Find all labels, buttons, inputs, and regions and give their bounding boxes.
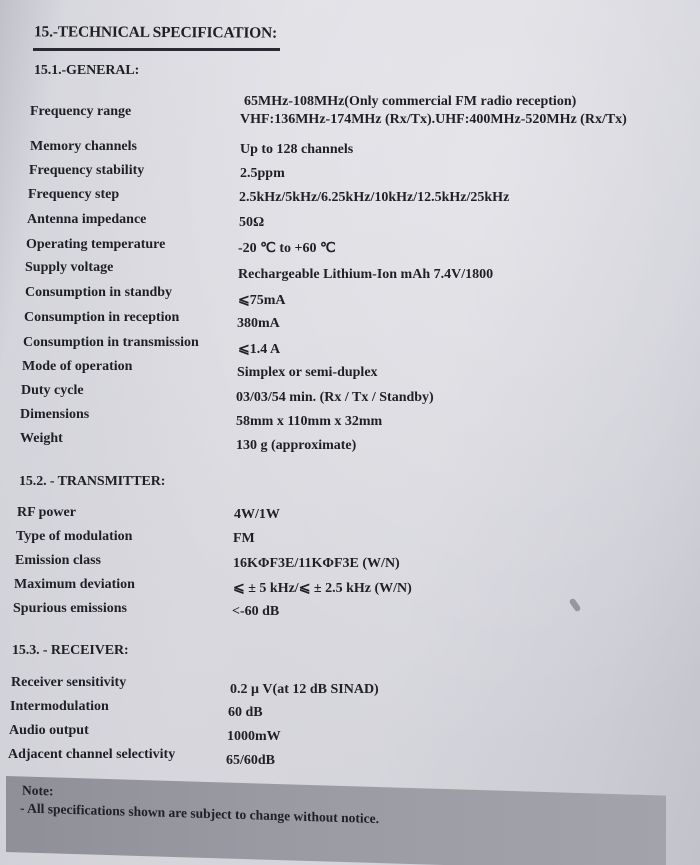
spec-label: Emission class: [15, 553, 101, 569]
spec-value: -20 ℃ to +60 ℃: [238, 240, 336, 257]
spec-label: RF power: [17, 505, 76, 521]
spec-label: Frequency range: [30, 104, 131, 120]
spec-value: Rechargeable Lithium-Ion mAh 7.4V/1800: [238, 267, 493, 283]
spec-label: Frequency stability: [29, 163, 144, 179]
spec-label: Frequency step: [28, 187, 119, 203]
spec-label: Receiver sensitivity: [11, 675, 126, 691]
spec-value: 0.2 μ V(at 12 dB SINAD): [230, 682, 379, 698]
paper-smudge: [569, 598, 582, 613]
spec-value-line-2: VHF:136MHz-174MHz (Rx/Tx).UHF:400MHz-520…: [240, 112, 627, 128]
spec-value: 380mA: [237, 316, 280, 332]
spec-label: Maximum deviation: [14, 577, 135, 593]
document-title: 15.-TECHNICAL SPECIFICATION:: [34, 23, 277, 42]
spec-value: 2.5ppm: [240, 166, 285, 182]
spec-label: Supply voltage: [25, 260, 113, 276]
spec-value: Simplex or semi-duplex: [237, 365, 378, 381]
spec-value: 130 g (approximate): [236, 438, 356, 454]
spec-value: 65MHz-108MHz(Only commercial FM radio re…: [244, 94, 627, 128]
note-heading: Note:: [22, 782, 53, 799]
section-transmitter-heading: 15.2. - TRANSMITTER:: [19, 474, 165, 490]
spec-label: Adjacent channel selectivity: [8, 747, 175, 763]
spec-value: <-60 dB: [232, 604, 279, 620]
spec-value-line-1: 65MHz-108MHz(Only commercial FM radio re…: [244, 94, 627, 110]
note-box: Note: - All specifications shown are sub…: [6, 776, 666, 865]
title-underline: [33, 48, 280, 51]
section-general-heading: 15.1.-GENERAL:: [34, 63, 139, 79]
note-text: - All specifications shown are subject t…: [20, 800, 379, 827]
spec-value: 58mm x 110mm x 32mm: [236, 414, 382, 430]
spec-value: ⩽75mA: [238, 292, 286, 309]
spec-value: 2.5kHz/5kHz/6.25kHz/10kHz/12.5kHz/25kHz: [239, 190, 509, 206]
spec-value: 03/03/54 min. (Rx / Tx / Standby): [236, 390, 434, 406]
spec-value: Up to 128 channels: [240, 142, 353, 158]
spec-label: Consumption in standby: [25, 285, 172, 301]
spec-value: ⩽1.4 A: [238, 341, 280, 358]
section-receiver-heading: 15.3. - RECEIVER:: [12, 643, 129, 659]
spec-value: 50Ω: [239, 215, 264, 231]
spec-label: Consumption in transmission: [23, 335, 199, 351]
spec-label: Duty cycle: [21, 383, 84, 399]
spec-value: ⩽ ± 5 kHz/⩽ ± 2.5 kHz (W/N): [233, 580, 412, 597]
spec-label: Mode of operation: [22, 359, 132, 375]
spec-label: Memory channels: [30, 139, 137, 155]
document-page: 15.-TECHNICAL SPECIFICATION: 15.1.-GENER…: [0, 0, 700, 865]
spec-label: Spurious emissions: [13, 601, 127, 617]
spec-value: 16KΦF3E/11KΦF3E (W/N): [233, 556, 400, 572]
spec-label: Audio output: [9, 723, 89, 739]
spec-label: Type of modulation: [16, 529, 132, 545]
spec-value: 60 dB: [228, 705, 263, 721]
spec-label: Weight: [20, 431, 63, 447]
spec-label: Operating temperature: [26, 237, 165, 253]
spec-label: Consumption in reception: [24, 310, 179, 326]
spec-label: Antenna impedance: [27, 212, 146, 228]
spec-label: Dimensions: [20, 407, 89, 423]
spec-value: 4W/1W: [234, 507, 280, 523]
spec-value: 65/60dB: [226, 753, 275, 769]
spec-value: 1000mW: [227, 729, 281, 745]
spec-label: Intermodulation: [10, 699, 109, 715]
spec-value: FM: [233, 531, 255, 547]
